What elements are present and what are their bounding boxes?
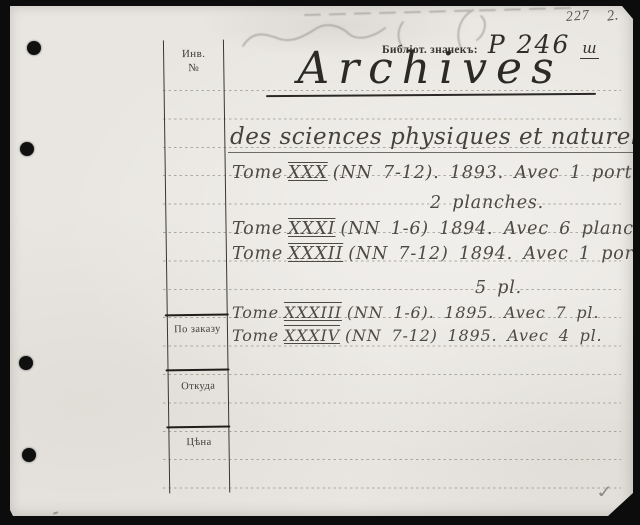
- corner-page-number: 2.: [606, 7, 620, 25]
- inventory-label: Инв.: [163, 48, 224, 61]
- entry-prefix: Tome: [232, 303, 279, 322]
- entry-volume-numeral: XXXIII: [284, 303, 342, 322]
- entry-volume-numeral: XXXI: [288, 219, 336, 239]
- column-divider: [166, 369, 230, 372]
- entry-details: (NN 7-12). 1893. Avec 1 portr.+: [333, 163, 640, 183]
- checkmark-icon: ✓: [594, 481, 615, 502]
- entry-volume-numeral: XXXII: [288, 244, 343, 264]
- entry-row: TomeXXXIV(NN 7-12) 1895. Avec 4 pl.: [232, 325, 602, 347]
- entry-prefix: Tome: [232, 163, 283, 183]
- entry-prefix: Tome: [232, 326, 279, 345]
- origin-label: Откуда: [168, 381, 229, 394]
- entry-details: (NN 1-6). 1895. Avec 7 pl.: [347, 303, 599, 322]
- inventory-number-label: №: [163, 62, 224, 75]
- entry-volume-numeral: XXX: [288, 163, 328, 183]
- card-subtitle: des sciences physiques et naturelles.: [228, 124, 640, 153]
- corner-number: 227: [565, 8, 590, 26]
- by-order-label: По заказу: [167, 324, 228, 337]
- entry-details: (NN 7-12) 1895. Avec 4 pl.: [345, 326, 602, 345]
- column-divider: [165, 314, 229, 317]
- catalog-card: Инв. № По заказу Откуда Цѣна 227 2. Библ…: [10, 6, 633, 516]
- price-label: Цѣна: [168, 437, 229, 450]
- entry-continuation: 5 pl.: [232, 277, 522, 299]
- column-divider: [166, 426, 230, 429]
- entry-prefix: Tome: [232, 219, 283, 239]
- entry-details: (NN 7-12) 1894. Avec 1 portr+: [348, 244, 640, 264]
- entry-prefix: Tome: [232, 244, 283, 264]
- entry-row: TomeXXXIII(NN 1-6). 1895. Avec 7 pl.: [232, 302, 599, 324]
- entry-details: (NN 1-6) 1894. Avec 6 planches: [341, 219, 640, 239]
- card-title: Archives: [260, 44, 600, 94]
- entry-continuation: 2 planches.: [232, 192, 544, 214]
- entry-volume-numeral: XXXIV: [284, 326, 340, 345]
- entry-row: TomeXXXII(NN 7-12) 1894. Avec 1 portr+: [232, 243, 640, 265]
- entry-row: TomeXXXI(NN 1-6) 1894. Avec 6 planches: [232, 218, 640, 240]
- entry-row: TomeXXX(NN 7-12). 1893. Avec 1 portr.+: [232, 162, 640, 184]
- corner-note: 227 2.: [566, 7, 618, 25]
